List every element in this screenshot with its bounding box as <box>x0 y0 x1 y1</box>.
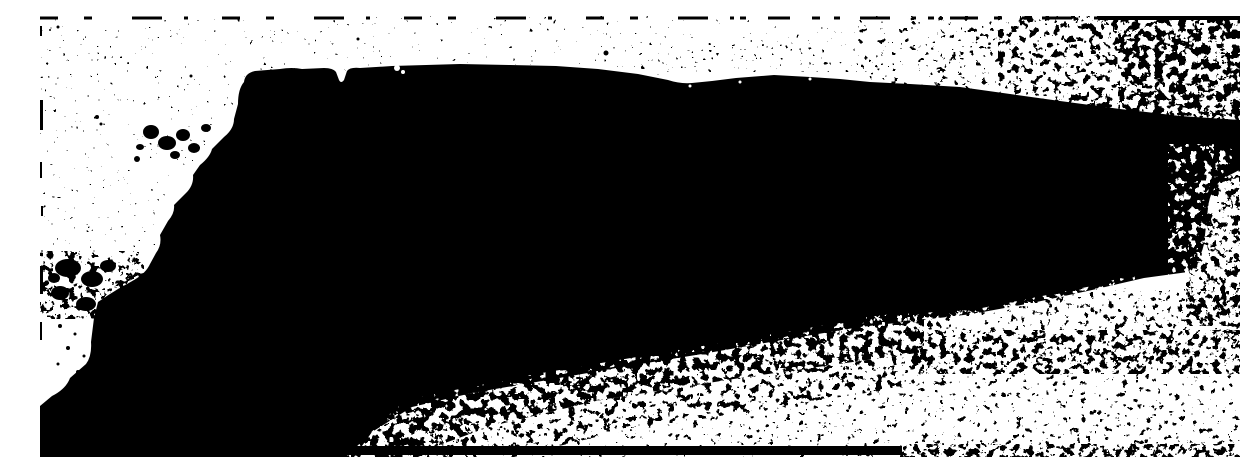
foliage-lower-left <box>40 251 144 319</box>
dark-band-right <box>912 330 1240 374</box>
halftone-photograph <box>40 16 1240 457</box>
halftone-photo-canvas <box>40 16 1240 457</box>
